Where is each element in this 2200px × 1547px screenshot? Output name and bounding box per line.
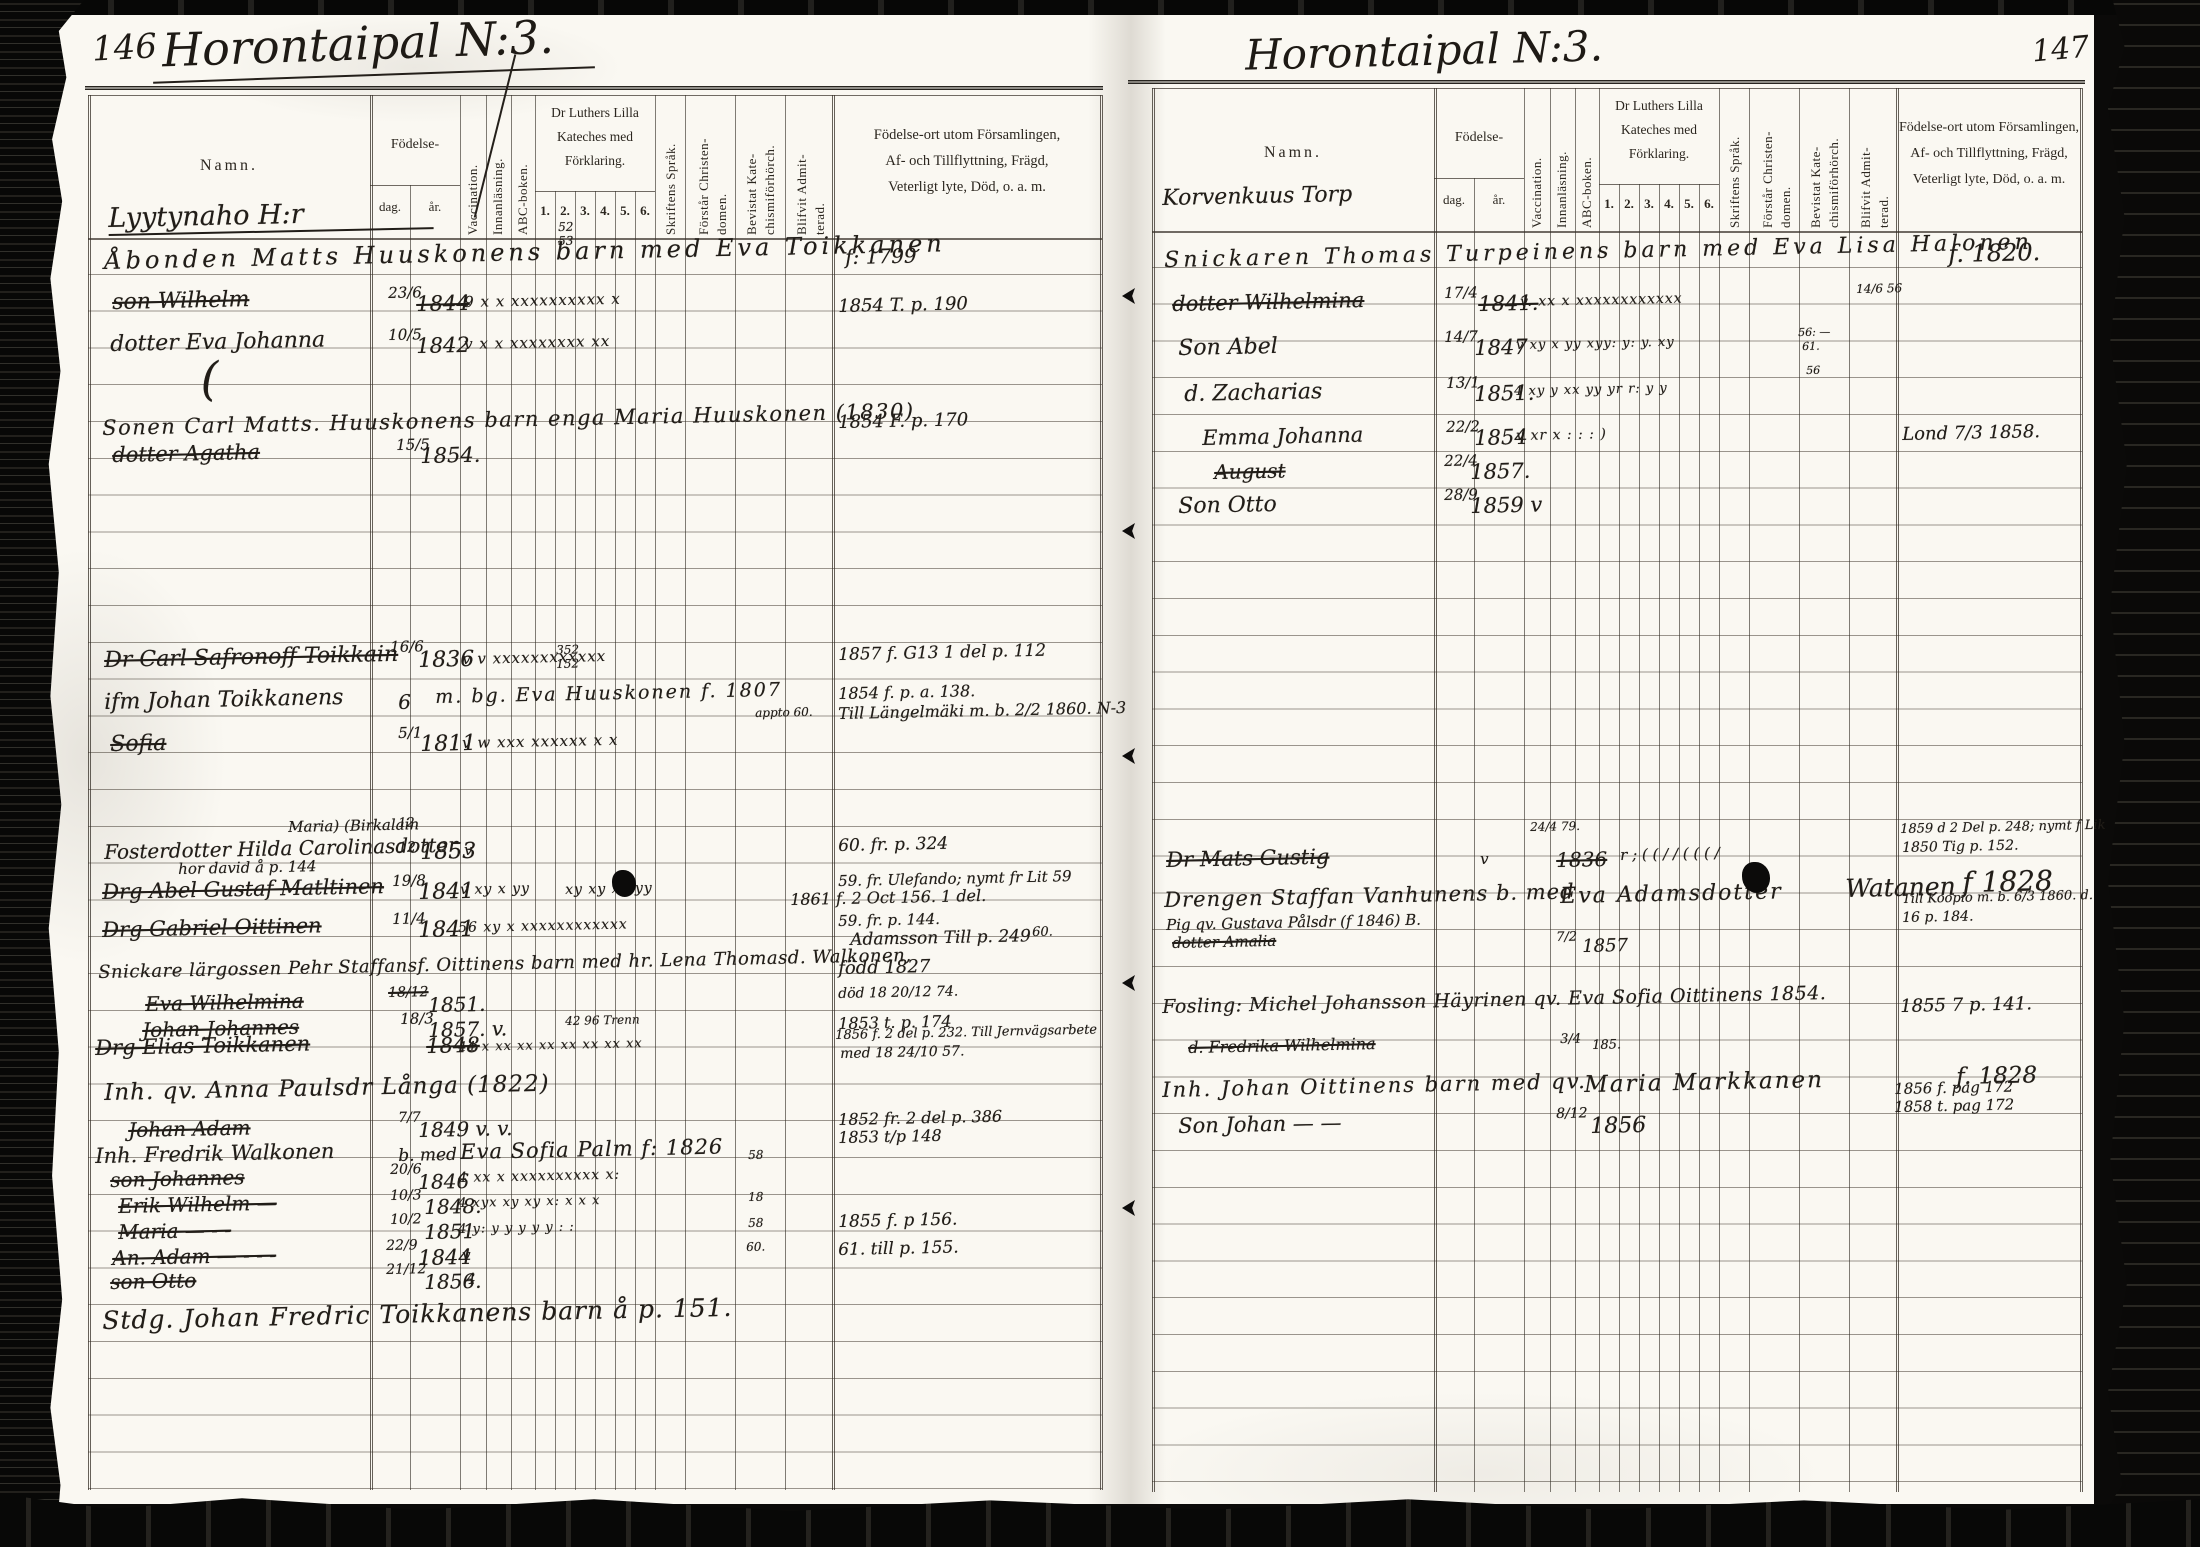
handwritten-entry: 58	[748, 1216, 764, 1230]
scan-border-right	[2082, 0, 2200, 1547]
handwritten-entry: son Wilhelm	[112, 287, 250, 315]
handwritten-entry: dotter Amalia	[1172, 932, 1276, 952]
handwritten-entry: v. xx x xxxxxxxxxxxx	[1520, 291, 1683, 310]
title-rule-left	[85, 86, 1103, 90]
column-header-kateches-1: Dr Luthers Lilla	[551, 105, 639, 121]
column-line	[735, 95, 736, 1490]
handwritten-entry: 10/3	[390, 1187, 422, 1204]
handwritten-entry: 18	[748, 1190, 764, 1204]
handwritten-entry: 1854 f. p. a. 138.	[838, 681, 975, 703]
handwritten-entry: 58	[748, 1148, 764, 1162]
page-title-right: Horontaipal N:3.	[1244, 21, 1603, 79]
column-header-abc-boken: ABC-boken.	[515, 99, 531, 235]
handwritten-entry: 1854.	[420, 443, 481, 468]
kateches-col-2: 2.	[560, 203, 570, 219]
column-header-abc-boken: ABC-boken.	[1579, 92, 1595, 228]
handwritten-entry: 1853 t/p 148	[838, 1126, 942, 1147]
handwritten-entry: 5/1	[398, 723, 423, 742]
handwritten-entry: död 18 20/12 74.	[838, 983, 958, 1002]
handwritten-entry: 1836	[1556, 847, 1607, 872]
column-header-notes-3: Veterligt lyte, Död, o. a. m.	[888, 179, 1046, 196]
handwritten-entry: ifm Johan Toikkanens	[104, 685, 344, 715]
handwritten-entry: 61.	[1802, 340, 1820, 353]
handwritten-entry: v xr x : : : )	[1516, 426, 1607, 444]
handwritten-entry: 10/2	[390, 1211, 422, 1228]
handwritten-entry: 4 xx x xxxxxxxxxx x:	[458, 1167, 620, 1186]
handwritten-entry: f. 1820.	[1948, 238, 2041, 268]
column-line	[1896, 88, 1899, 1492]
column-header-dag: dag.	[1443, 192, 1465, 208]
handwritten-entry: 1859 v	[1470, 492, 1542, 518]
column-line	[370, 95, 373, 1490]
handwritten-entry: 22/9	[386, 1237, 418, 1254]
column-header-kateches-1: Dr Luthers Lilla	[1615, 98, 1703, 114]
kateches-col-4: 4.	[1664, 196, 1674, 212]
handwritten-entry: d. Fredrika Wilhelmina	[1188, 1034, 1376, 1057]
column-header-vaccination: Vaccination.	[1529, 92, 1545, 228]
handwritten-entry: Maria — - -	[118, 1218, 231, 1244]
handwritten-entry: 1855 7 p. 141.	[1900, 993, 2032, 1017]
handwritten-entry: född 1827	[838, 956, 930, 979]
handwritten-entry: Lyytynaho H:r	[108, 196, 434, 236]
handwritten-entry: 1855 f. p 156.	[838, 1210, 958, 1232]
column-header-bevistat-1: Bevistat Kate-	[1808, 92, 1824, 228]
handwritten-entry: 18/12	[388, 984, 429, 1001]
column-header-notes-2: Af- och Tillflyttning, Frägd,	[1910, 146, 2068, 162]
handwritten-entry: Korvenkuus Torp	[1162, 182, 1352, 211]
handwritten-entry: Emma Johanna	[1202, 423, 1363, 450]
handwritten-entry: 4 y: y y y y y : :	[458, 1220, 575, 1237]
handwritten-entry: 1854 T. p. 190	[838, 293, 968, 317]
handwritten-entry: 61. till p. 155.	[838, 1237, 959, 1260]
page-number-right: 147	[2031, 30, 2091, 70]
handwritten-entry: xy xy xy yy	[565, 880, 653, 898]
handwritten-entry: son Johannes	[110, 1165, 245, 1192]
header-top-rule	[88, 95, 1102, 96]
handwritten-entry: v v xxxxxxxxxxxx	[462, 647, 606, 668]
column-header-kateches-3: Förklaring.	[1629, 146, 1689, 162]
fodelse-underline	[370, 185, 460, 186]
column-header-bevistat-2: chismiförhörch.	[1826, 92, 1842, 228]
handwritten-entry: 21/12	[386, 1261, 427, 1278]
handwritten-entry: 3/4	[1560, 1032, 1581, 1047]
handwritten-entry: Sofia	[110, 731, 167, 757]
handwritten-entry: 53	[558, 234, 574, 248]
column-header-forstar-1: Förstår Christen-	[696, 99, 712, 235]
header-top-rule	[1152, 88, 2082, 89]
column-line	[1749, 88, 1750, 1492]
handwritten-entry: 1857.	[1470, 459, 1531, 484]
handwritten-entry: v	[462, 1246, 471, 1264]
handwritten-entry: 60. fr. p. 324	[838, 834, 948, 856]
column-header-innanlasning: Innanläsning.	[1554, 92, 1570, 228]
kateches-col-6: 6.	[1704, 196, 1714, 212]
handwritten-entry: Eva Wilhelmina	[145, 989, 304, 1016]
handwritten-entry: 1850 Tig p. 152.	[1902, 838, 2019, 856]
column-line	[685, 95, 686, 1490]
handwritten-entry: 59. fr. p. 144.	[838, 910, 940, 930]
handwritten-entry: August	[1214, 459, 1286, 484]
column-line	[1849, 88, 1850, 1492]
handwritten-entry: 152	[556, 657, 579, 671]
column-header-fodelse: Födelse-	[391, 137, 439, 153]
column-header-fodelse: Födelse-	[1455, 130, 1503, 146]
column-header-forstar-1: Förstår Christen-	[1760, 92, 1776, 228]
column-line	[2080, 88, 2083, 1492]
column-line	[1619, 184, 1620, 1492]
column-header-blifvit-1: Blifvit Admit-	[794, 99, 810, 235]
column-header-kateches-2: Kateches med	[1621, 122, 1697, 138]
handwritten-entry: 14/7	[1444, 327, 1478, 346]
title-rule-right	[1128, 80, 2085, 84]
handwritten-entry: 56	[1806, 364, 1820, 377]
handwritten-entry: f: 1799	[845, 244, 917, 269]
column-line	[655, 95, 656, 1490]
column-line	[555, 191, 556, 1490]
column-line	[1100, 95, 1103, 1490]
kateches-col-1: 1.	[1604, 196, 1614, 212]
handwritten-entry: 4	[466, 1270, 476, 1288]
handwritten-entry: 352	[556, 643, 579, 657]
handwritten-entry: 1849 v. v.	[418, 1116, 513, 1142]
handwritten-entry: Son Abel	[1178, 334, 1278, 361]
fodelse-underline	[1434, 178, 1524, 179]
column-header-kateches-3: Förklaring.	[565, 153, 625, 169]
handwritten-entry: v xy x yy	[460, 881, 530, 898]
column-header-bevistat-1: Bevistat Kate-	[744, 99, 760, 235]
handwritten-entry: 1858 t. pag 172	[1894, 1095, 2014, 1116]
handwritten-entry: Inh. Fredrik Walkonen	[95, 1139, 335, 1168]
handwritten-entry: 56: —	[1798, 325, 1830, 339]
column-header-skriftens: Skriftens Språk.	[1727, 92, 1743, 228]
kateches-col-2: 2.	[1624, 196, 1634, 212]
handwritten-entry: An. Adam — - - -	[112, 1243, 276, 1270]
column-header-vaccination: Vaccination.	[465, 99, 481, 235]
handwritten-entry: Johan Adam	[128, 1115, 251, 1142]
column-header-namn: Namn.	[1264, 144, 1322, 162]
handwritten-entry: v	[1480, 850, 1489, 868]
column-line	[1639, 184, 1640, 1492]
kateches-col-5: 5.	[1684, 196, 1694, 212]
column-header-notes-1: Födelse-ort utom Församlingen,	[1899, 120, 2079, 136]
handwritten-entry: appto 60.	[755, 705, 813, 720]
handwritten-entry: 9 x x xxxxxxxxxx x	[464, 290, 621, 311]
kateches-col-5: 5.	[620, 203, 630, 219]
column-line	[1679, 184, 1680, 1492]
column-line	[785, 95, 786, 1490]
handwritten-entry: 24/4 79.	[1530, 819, 1580, 834]
handwritten-entry: 1842	[416, 333, 470, 358]
column-header-blifvit-2: terad.	[812, 99, 828, 235]
column-line	[1434, 88, 1437, 1492]
kateches-col-4: 4.	[600, 203, 610, 219]
column-header-notes-2: Af- och Tillflyttning, Frägd,	[885, 153, 1048, 170]
ink-blot	[612, 870, 636, 897]
handwritten-entry: Son Otto	[1178, 492, 1277, 519]
handwritten-entry: Son Johan — —	[1178, 1111, 1342, 1138]
column-line	[832, 95, 835, 1490]
column-header-notes-1: Födelse-ort utom Församlingen,	[874, 127, 1060, 144]
handwritten-entry: 4 xy y xx yy yr r: y y	[1514, 381, 1668, 399]
column-header-namn: Namn.	[200, 157, 258, 175]
handwritten-entry: v w xxx xxxxxx x x	[462, 731, 619, 752]
handwritten-entry: v	[464, 841, 473, 859]
handwritten-entry: med 18 24/10 57.	[840, 1043, 965, 1062]
ink-blot	[1742, 862, 1770, 893]
handwritten-entry: 1857	[1582, 935, 1628, 957]
handwritten-entry: r ; ( ( / / ( ( ( /	[1620, 844, 1720, 864]
column-header-blifvit-2: terad.	[1876, 92, 1892, 228]
column-line	[1699, 184, 1700, 1492]
handwritten-entry: 6	[398, 690, 411, 714]
handwritten-entry: Maria Markkanen	[1584, 1067, 1824, 1098]
handwritten-entry: (	[200, 352, 219, 406]
handwritten-entry: Drg Elias Toikkanen	[95, 1031, 310, 1059]
kateches-col-1: 1.	[540, 203, 550, 219]
column-header-bevistat-2: chismiförhörch.	[762, 99, 778, 235]
handwritten-entry: Dr Mats Gustig	[1166, 845, 1330, 872]
handwritten-entry: 7/2	[1556, 930, 1577, 945]
kateches-col-3: 3.	[1644, 196, 1654, 212]
handwritten-entry: 1844	[416, 291, 470, 316]
column-line	[1719, 88, 1720, 1492]
column-header-ar: år.	[1493, 192, 1506, 208]
handwritten-entry: 1851.	[428, 992, 486, 1017]
handwritten-entry: 60.	[746, 1240, 765, 1254]
handwritten-entry: 8/12	[1556, 1105, 1588, 1122]
handwritten-entry: Lond 7/3 1858.	[1902, 421, 2040, 445]
column-header-forstar-2: domen.	[714, 99, 730, 235]
scan-root: 146 Horontaipal N:3. Horontaipal N:3. 14…	[0, 0, 2200, 1547]
handwritten-entry: 16 p. 184.	[1902, 909, 1974, 926]
handwritten-entry: 1854 F. p. 170	[838, 409, 968, 433]
handwritten-entry: hor david å p. 144	[178, 857, 317, 878]
handwritten-entry: v x x xxxxxxxx xx	[464, 332, 610, 353]
handwritten-entry: 14/6 56	[1856, 281, 1902, 296]
kateches-col-3: 3.	[580, 203, 590, 219]
handwritten-entry: Drg Gabriel Oittinen	[102, 913, 322, 942]
handwritten-entry: 4 xyx xy xy x: x x x	[458, 1193, 601, 1211]
handwritten-entry: dotter Wilhelmina	[1172, 288, 1365, 316]
handwritten-entry: dotter Agatha	[112, 440, 260, 467]
handwritten-entry: 60.	[1032, 925, 1053, 940]
handwritten-entry: 52	[558, 220, 574, 234]
page-number-left: 146	[91, 26, 158, 69]
handwritten-entry: 185.	[1592, 1037, 1621, 1053]
column-header-notes-3: Veterligt lyte, Död, o. a. m.	[1913, 172, 2065, 188]
handwritten-entry: 1856	[1590, 1113, 1647, 1139]
scan-border-top	[0, 0, 2200, 15]
handwritten-entry: d. Zacharias	[1184, 379, 1323, 407]
column-header-forstar-2: domen.	[1778, 92, 1794, 228]
column-line	[88, 95, 91, 1490]
handwritten-entry: 12.	[398, 816, 419, 831]
handwritten-entry: 17/4	[1444, 283, 1478, 302]
kateches-col-6: 6.	[640, 203, 650, 219]
handwritten-entry: 42 96 Trenn	[565, 1012, 640, 1028]
column-header-kateches-2: Kateches med	[557, 129, 633, 145]
column-line	[1152, 88, 1155, 1492]
handwritten-entry: 12	[398, 840, 416, 856]
column-header-blifvit-1: Blifvit Admit-	[1858, 92, 1874, 228]
column-line	[1799, 88, 1800, 1492]
column-header-skriftens: Skriftens Språk.	[663, 99, 679, 235]
handwritten-entry: son Otto	[110, 1268, 197, 1294]
handwritten-entry: Erik Wilhelm —	[118, 1191, 277, 1218]
